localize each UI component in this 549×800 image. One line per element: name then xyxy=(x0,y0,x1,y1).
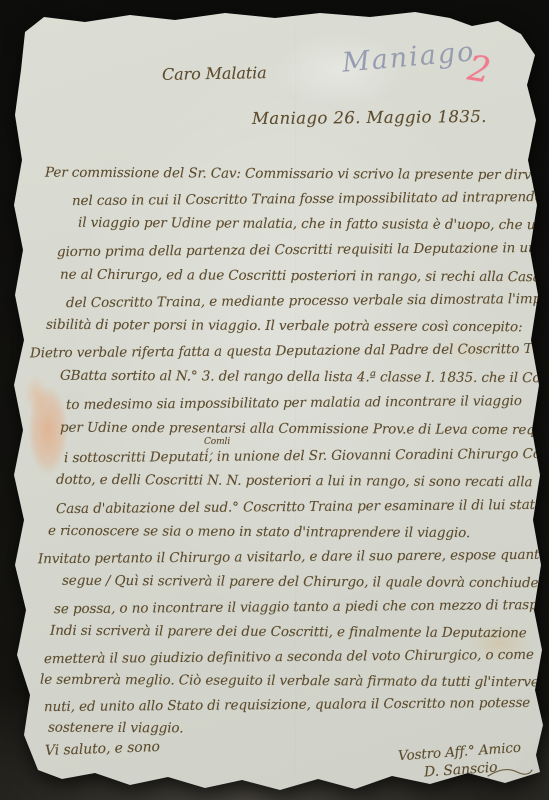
letter-line: i sottoscritti Deputati, in unione del S… xyxy=(64,446,549,466)
letter-line: dotto, e delli Coscritti N. N. posterior… xyxy=(56,472,533,490)
letter-line: sibilità di poter porsi in viaggio. Il v… xyxy=(46,317,523,335)
paper-shadow-wrap: Maniago 2 Caro Malatia Maniago 26. Maggi… xyxy=(0,0,549,800)
letter-line: segue / Quì si scriverà il parere del Ch… xyxy=(62,573,549,592)
archival-number: 2 xyxy=(465,49,493,92)
dateline: Maniago 26. Maggio 1835. xyxy=(252,107,487,128)
letter-line: nuti, ed unito allo Stato di requisizion… xyxy=(44,695,530,715)
letter-line: Indi si scriverà il parere dei due Coscr… xyxy=(50,623,527,641)
letter-line: Invitato pertanto il Chirurgo a visitarl… xyxy=(38,547,547,567)
letter-paper: Maniago 2 Caro Malatia Maniago 26. Maggi… xyxy=(0,0,549,800)
letter-line: Per commissione del Sr. Cav: Commissario… xyxy=(45,165,549,184)
letter-line: sostenere il viaggio. xyxy=(48,720,184,737)
letter-line: GBatta sortito al N.° 3. del rango della… xyxy=(60,368,549,387)
letter-line: Casa d'abitazione del sud.° Coscritto Tr… xyxy=(56,497,543,517)
letter-line: nel caso in cui il Coscritto Traina foss… xyxy=(72,189,549,209)
letter-line: Dietro verbale riferta fatta a questa De… xyxy=(30,341,549,362)
letter-line: per Udine onde presentarsi alla Commissi… xyxy=(60,420,549,439)
signature-flourish xyxy=(487,765,533,781)
photo-background: Maniago 2 Caro Malatia Maniago 26. Maggi… xyxy=(0,0,549,800)
letter-line: e riconoscere se sia o meno in stato d'i… xyxy=(48,523,470,541)
closing-line: Vi saluto, e sono xyxy=(45,739,160,759)
letter-line: ne al Chirurgo, ed a due Coscritti poste… xyxy=(60,267,541,286)
pencil-annotation: Maniago xyxy=(341,36,477,79)
letter-line: se possa, o no incontrare il viaggio tan… xyxy=(54,597,549,618)
letter-line: emetterà il suo giudizio definitivo a se… xyxy=(44,647,534,667)
letter-line: le sembrerà meglio. Ciò eseguito il verb… xyxy=(40,672,543,691)
letter-line: del Coscritto Traina, e mediante process… xyxy=(66,291,549,311)
letter-line: il viaggio per Udine per malatia, che in… xyxy=(78,215,544,233)
letter-line: to medesimo sia impossibilitato per mala… xyxy=(66,393,522,413)
interline-insertion: Comli xyxy=(204,437,230,447)
letter-line: giorno prima della partenza dei Coscritt… xyxy=(57,240,549,260)
salutation: Caro Malatia xyxy=(162,63,267,84)
signature-valediction: Vostro Aff.° Amico xyxy=(398,740,522,765)
